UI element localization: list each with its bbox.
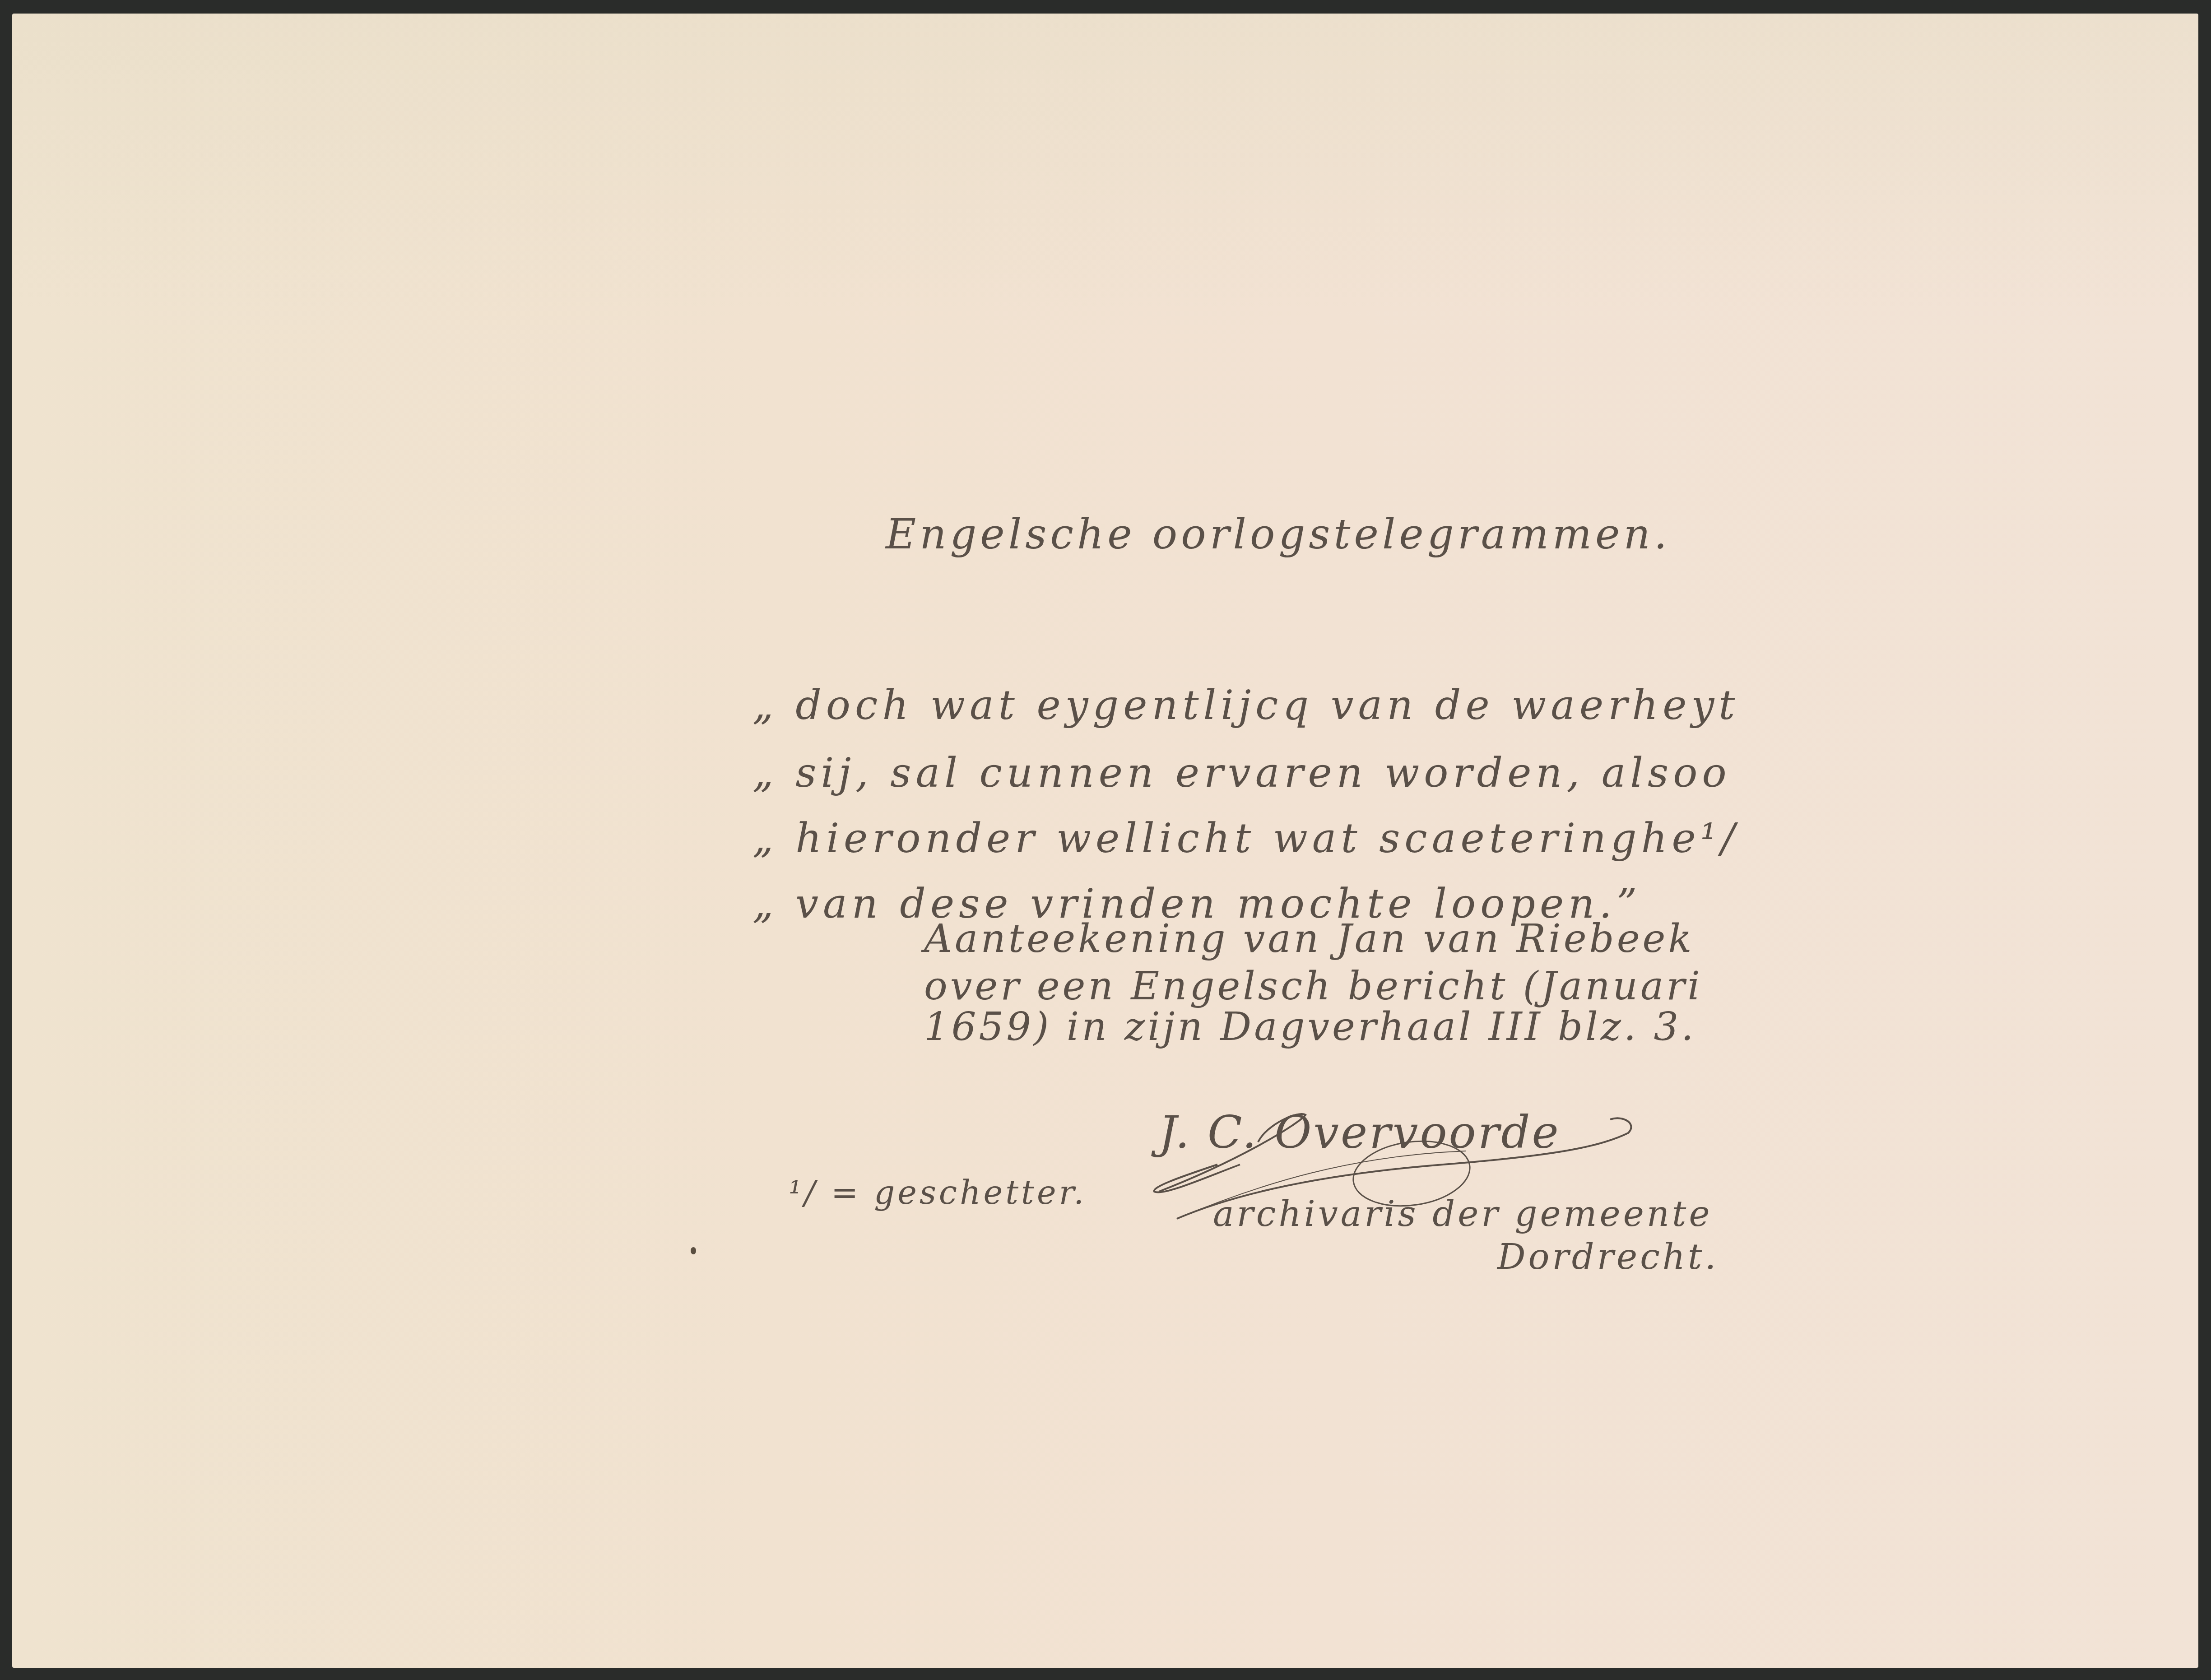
quote-line: „ doch wat eygentlijcq van de waerheyt — [752, 682, 1739, 729]
paper-sheet: Engelsche oorlogstelegrammen. „ doch wat… — [12, 14, 2198, 1668]
quote-line: „ hieronder wellicht wat scaeteringhe¹/ — [752, 815, 1739, 862]
signer-role-line: Dordrecht. — [1497, 1237, 1719, 1277]
quote-line: „ sij, sal cunnen ervaren worden, alsoo — [752, 749, 1731, 797]
attribution-line: Aanteekening van Jan van Riebeek — [924, 916, 1695, 961]
attribution-line: 1659) in zijn Dagverhaal III blz. 3. — [924, 1004, 1696, 1049]
ink-speck — [691, 1247, 696, 1254]
footnote: ¹/ = geschetter. — [789, 1174, 1087, 1211]
signer-role-line: archivaris der gemeente — [1213, 1194, 1713, 1234]
attribution-line: over een Engelsch bericht (Januari — [924, 964, 1703, 1009]
signature: J. C. Overvoorde — [1159, 1106, 1561, 1159]
document-title: Engelsche oorlogstelegrammen. — [886, 510, 1671, 558]
